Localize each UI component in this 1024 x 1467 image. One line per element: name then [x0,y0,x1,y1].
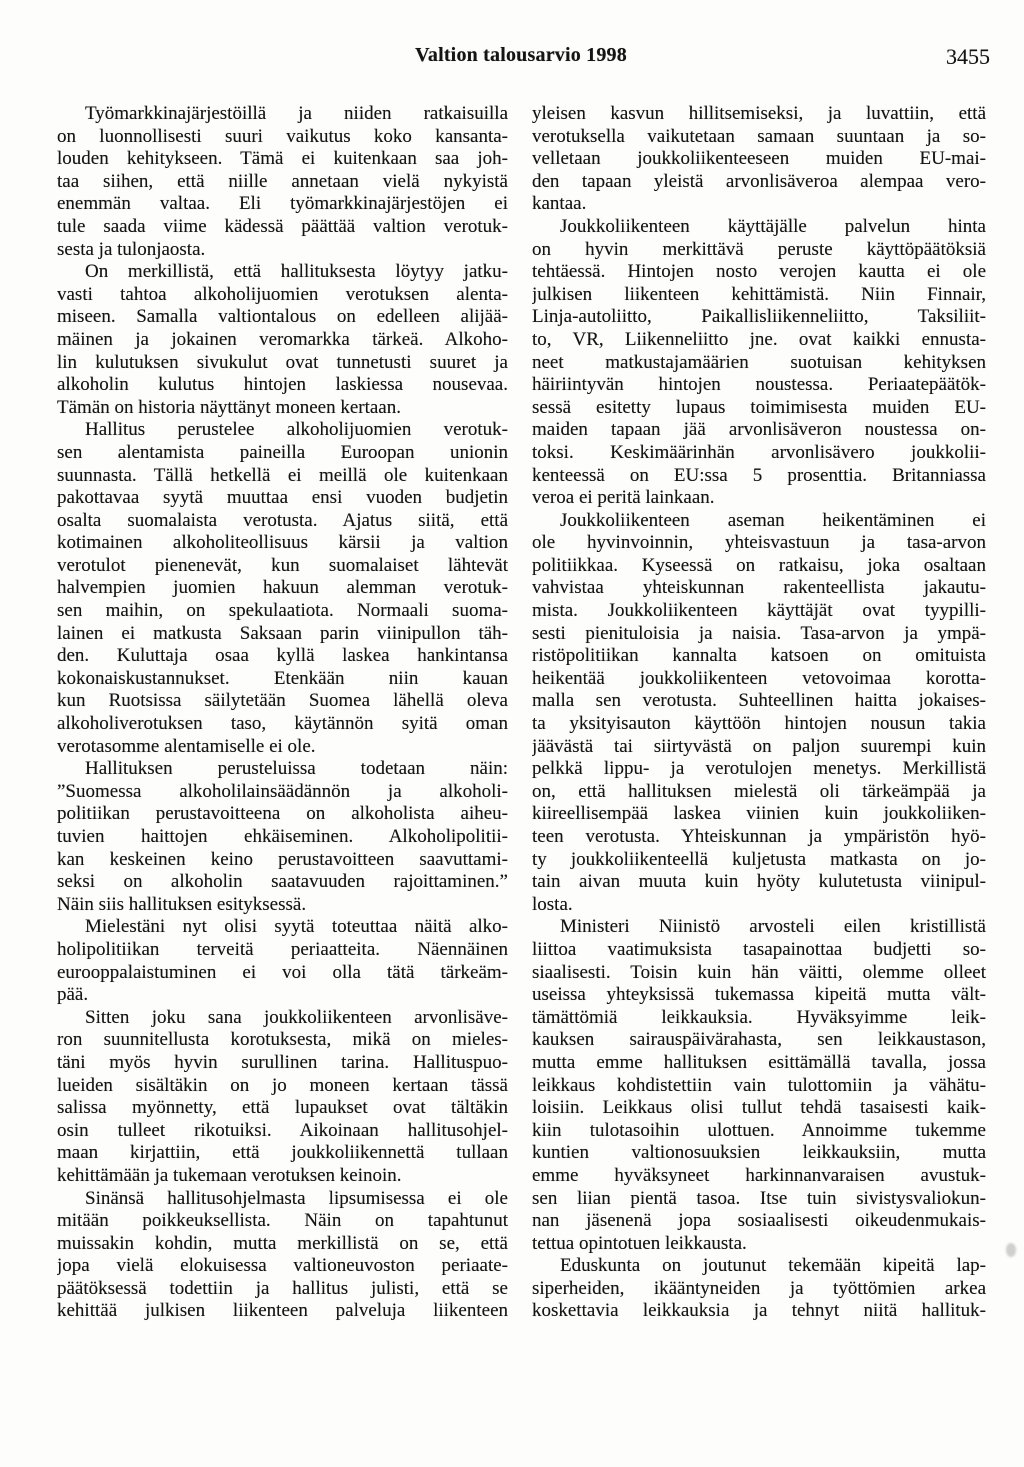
text-line: kuntien valtionosuuksien leikkauksiin, m… [532,1142,986,1165]
paragraph: Ministeri Niinistö arvosteli eilen krist… [532,916,986,1255]
text-line: kehittämään ja tukemaan verotuksen keino… [57,1165,508,1188]
text-line: den. Kuluttaja osaa kyllä laskea hankint… [57,645,508,668]
paragraph: Mielestäni nyt olisi syytä toteuttaa näi… [57,916,508,1006]
text-line: koskettavia leikkauksia ja tehnyt niitä … [532,1300,986,1323]
text-line: louden kehitykseen. Tämä ei kuitenkaan s… [57,148,508,171]
text-line: siaalisesti. Toisin kuin hän väitti, ole… [532,962,986,985]
text-line: sesta ja tulonjaosta. [57,239,508,262]
text-line: kantaa. [532,193,986,216]
text-line: enemmän valtaa. Eli työmarkkinajärjestöj… [57,193,508,216]
text-line: vasti tahtoa alkoholijuomien verotuksen … [57,284,508,307]
text-line: alkoholiverotuksen taso, käytännön syitä… [57,713,508,736]
text-line: On merkillistä, että hallituksesta löyty… [57,261,508,284]
text-line: tule saada viime kädessä päättää valtion… [57,216,508,239]
text-columns: Työmarkkinajärjestöillä ja niiden ratkai… [57,103,986,1323]
text-line: tehtäessä. Hintojen nosto verojen kautta… [532,261,986,284]
text-line: Sitten joku sana joukkoliikenteen arvonl… [57,1007,508,1030]
text-line: velletaan joukkoliikenteeseen muiden EU-… [532,148,986,171]
text-line: ole hyvinvoinnin, yhteisvastuun ja tasa-… [532,532,986,555]
text-line: julkisen liikenteen kehittämistä. Niin F… [532,284,986,307]
text-line: Joukkoliikenteen aseman heikentäminen ei [532,510,986,533]
text-line: useissa yhteyksissä tukemassa kipeitä mu… [532,984,986,1007]
text-line: salissa myönnetty, että lupaukset ovat t… [57,1097,508,1120]
paragraph: Hallitus perustelee alkoholijuomien vero… [57,419,508,758]
text-line: verotasomme alentamiselle ei ole. [57,736,508,759]
text-line: maiden tapaan jää arvonlisäveron noustes… [532,419,986,442]
text-line: tettua opintotuen leikkausta. [532,1233,986,1256]
text-line: päätöksessä todettiin ja hallitus julist… [57,1278,508,1301]
text-line: muissakin kohdin, mutta merkillistä on s… [57,1233,508,1256]
text-line: leikkaus kohdistettiin vain tulottomiin … [532,1075,986,1098]
text-line: Linja-autoliitto, Paikallisliikenneliitt… [532,306,986,329]
text-line: emme hyväksyneet harkinnanvaraisen avust… [532,1165,986,1188]
text-line: Näin siis hallituksen esityksessä. [57,894,508,917]
text-line: toksi. Keskimäärinhän arvonlisävero jouk… [532,442,986,465]
text-line: teen verotusta. Yhteiskunnan ja ympärist… [532,826,986,849]
text-line: Ministeri Niinistö arvosteli eilen krist… [532,916,986,939]
paragraph: Työmarkkinajärjestöillä ja niiden ratkai… [57,103,508,261]
text-line: miseen. Samalla valtiontalous on edellee… [57,306,508,329]
text-line: kun Ruotsissa säilytetään Suomea lähellä… [57,690,508,713]
paragraph: Sinänsä hallitusohjelmasta lipsumisessa … [57,1188,508,1324]
page-number: 3455 [946,44,990,70]
text-line: verotulot pienenevät, kun suomalaiset lä… [57,555,508,578]
paragraph: Joukkoliikenteen aseman heikentäminen ei… [532,510,986,917]
text-line: mista. Joukkoliikenteen käyttäjät ovat t… [532,600,986,623]
text-line: kauksen sairauspäivärahasta, sen leikkau… [532,1029,986,1052]
text-line: holipolitiikan terveitä periaatteita. Nä… [57,939,508,962]
text-line: loisiin. Leikkaus olisi tullut tehdä tas… [532,1097,986,1120]
text-line: liittoa vaatimuksista tasapainottaa budj… [532,939,986,962]
text-line: sen maihin, on spekulaatiota. Normaali s… [57,600,508,623]
text-line: jäävästä tai siirtyvästä on paljon suure… [532,736,986,759]
text-line: pakottavaa syytä muuttaa ensi vuoden bud… [57,487,508,510]
text-line: ta yksityisauton käyttöön hintojen nousu… [532,713,986,736]
text-line: tain aivan muuta kuin hyöty kulutetusta … [532,871,986,894]
text-line: lin kulutuksen sivukulut ovat tunnetusti… [57,352,508,375]
text-line: sen alentamista paineilla Euroopan union… [57,442,508,465]
text-line: neet matkustajamäärien suotuisan kehityk… [532,352,986,375]
text-line: kan keskeinen keino perustavoitteen saav… [57,849,508,872]
text-line: den tapaan yleistä arvonlisäveroa alempa… [532,171,986,194]
text-line: on luonnollisesti suuri vaikutus koko ka… [57,126,508,149]
text-line: lainen ei matkusta Saksaan parin viinipu… [57,623,508,646]
right-text-column: yleisen kasvun hillitsemiseksi, ja luvat… [532,103,986,1323]
text-line: suunnasta. Tällä hetkellä ei meillä ole … [57,465,508,488]
text-line: täni myös hyvin surullinen tarina. Halli… [57,1052,508,1075]
text-line: Tämän on historia näyttänyt moneen kerta… [57,397,508,420]
text-line: on, että hallituksen mielestä oli tärkeä… [532,781,986,804]
text-line: heikentää joukkoliikenteen vetovoimaa ko… [532,668,986,691]
paragraph: On merkillistä, että hallituksesta löyty… [57,261,508,419]
text-line: on hyvin merkittävä peruste käyttöpäätök… [532,239,986,262]
text-line: kehittää julkisen liikenteen palveluja l… [57,1300,508,1323]
text-line: osalta suomalaista verotusta. Ajatus sii… [57,510,508,533]
text-line: kotimainen alkoholiteollisuus kärsii ja … [57,532,508,555]
text-line: kiireellisempää laskea viinien kuin jouk… [532,803,986,826]
text-line: ristöpolitiikan kannalta katsoen on omit… [532,645,986,668]
text-line: osin tulleet rikotuiksi. Aikoinaan halli… [57,1120,508,1143]
text-line: Sinänsä hallitusohjelmasta lipsumisessa … [57,1188,508,1211]
text-line: yleisen kasvun hillitsemiseksi, ja luvat… [532,103,986,126]
text-line: ty joukkoliikenteellä kuljetusta matkast… [532,849,986,872]
left-text-column: Työmarkkinajärjestöillä ja niiden ratkai… [57,103,508,1323]
text-line: jopa vielä elokuisessa valtioneuvoston p… [57,1255,508,1278]
text-line: veroa ei peritä lainkaan. [532,487,986,510]
text-line: taa siihen, että niille annetaan vielä n… [57,171,508,194]
paragraph: Hallituksen perusteluissa todetaan näin:… [57,758,508,916]
text-line: mitään poikkeuksellista. Näin on tapahtu… [57,1210,508,1233]
text-line: siperheiden, ikääntyneiden ja työttömien… [532,1278,986,1301]
text-line: pää. [57,984,508,1007]
text-line: lueiden sisältäkin on jo moneen kertaan … [57,1075,508,1098]
text-line: alkoholin kulutus hintojen laskiessa nou… [57,374,508,397]
paragraph: Sitten joku sana joukkoliikenteen arvonl… [57,1007,508,1188]
text-line: verotuksella vaikutetaan samaan suuntaan… [532,126,986,149]
paragraph: yleisen kasvun hillitsemiseksi, ja luvat… [532,103,986,216]
text-line: sesti pienituloisia ja naisia. Tasa-arvo… [532,623,986,646]
text-line: pelkkä lippu- ja verotulojen menetys. Me… [532,758,986,781]
text-line: maan kirjattiin, että joukkoliikennettä … [57,1142,508,1165]
text-line: mutta emme hallituksen esittämällä taval… [532,1052,986,1075]
text-line: vahvistaa yhteiskunnan rakenteellista ja… [532,577,986,600]
text-line: tuvien haittojen ehkäiseminen. Alkoholip… [57,826,508,849]
text-line: Mielestäni nyt olisi syytä toteuttaa näi… [57,916,508,939]
text-line: sen liian pientä tasoa. Itse tuin sivist… [532,1188,986,1211]
text-line: kiin tulotasoihin ulottuen. Annoimme tuk… [532,1120,986,1143]
text-line: seksi on alkoholin saatavuuden rajoittam… [57,871,508,894]
text-line: politiikkaa. Kyseessä on ratkaisu, joka … [532,555,986,578]
text-line: halvempien juomien hakuun alemman verotu… [57,577,508,600]
text-line: to, VR, Liikenneliitto jne. ovat kaikki … [532,329,986,352]
text-line: Joukkoliikenteen käyttäjälle palvelun hi… [532,216,986,239]
text-line: malla sen verotusta. Suhteellinen haitta… [532,690,986,713]
text-line: Hallitus perustelee alkoholijuomien vero… [57,419,508,442]
text-line: kokonaiskustannukset. Etenkään niin kaua… [57,668,508,691]
text-line: tämättömiä leikkauksia. Hyväksyimme leik… [532,1007,986,1030]
text-line: Työmarkkinajärjestöillä ja niiden ratkai… [57,103,508,126]
paragraph: Joukkoliikenteen käyttäjälle palvelun hi… [532,216,986,510]
text-line: kenteessä on EU:ssa 5 prosenttia. Britan… [532,465,986,488]
text-line: Hallituksen perusteluissa todetaan näin: [57,758,508,781]
text-line: ”Suomessa alkoholilainsäädännön ja alkoh… [57,781,508,804]
scan-artifact [1006,1243,1016,1257]
text-line: häiriintyvän hintojen noustessa. Periaat… [532,374,986,397]
page-title: Valtion talousarvio 1998 [57,44,985,67]
text-line: nan jäsenenä jopa sosiaalisesti oikeuden… [532,1210,986,1233]
text-line: sessä esitetty lupaus toimimisesta muide… [532,397,986,420]
text-line: losta. [532,894,986,917]
text-line: eurooppalaistuminen ei voi olla tätä tär… [57,962,508,985]
paragraph: Eduskunta on joutunut tekemään kipeitä l… [532,1255,986,1323]
text-line: Eduskunta on joutunut tekemään kipeitä l… [532,1255,986,1278]
text-line: politiikan perustavoitteena on alkoholis… [57,803,508,826]
text-line: ron suunnitellusta korotuksesta, mikä on… [57,1029,508,1052]
text-line: mäinen ja jokainen veromarkka tärkeä. Al… [57,329,508,352]
